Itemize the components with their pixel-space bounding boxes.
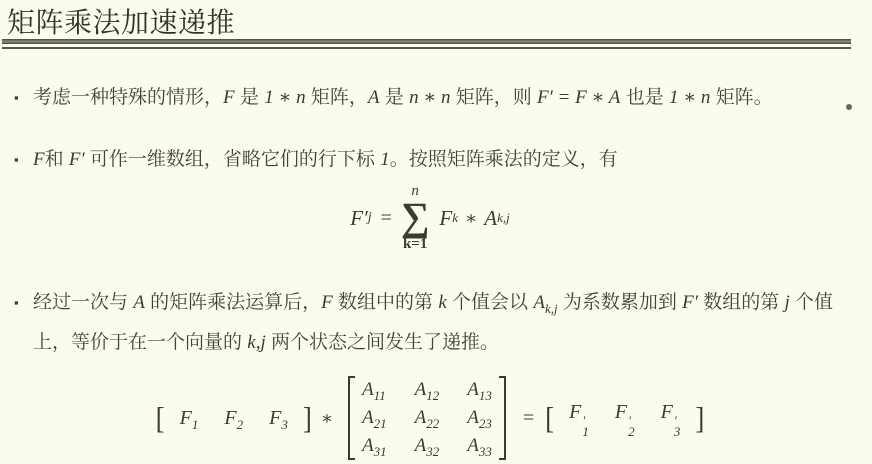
equals-sign: = [381,207,392,230]
sigma-block: n ∑ k=1 [401,184,430,252]
matrix-left-bracket [348,376,355,460]
math-run: F [223,87,235,108]
bullet-2-text: F和 F′ 可作一维数组，省略它们的行下标 1。按照矩阵乘法的定义，有 [33,149,618,170]
equals-sign: = [523,407,534,430]
matrix-cell: A31 [362,432,387,460]
multiply-operator: ∗ [465,208,477,229]
multiply-operator: ∗ [321,408,333,429]
matrix-formula: [ F1 F2 F3 ] ∗ A11 A12 A13 A21 A22 A23 A… [0,374,860,462]
math-run: 1 [380,149,390,170]
vector-cell: F2 [224,407,243,430]
text-run: 个值会以 [447,292,534,313]
matrix-right-bracket [499,376,506,460]
small-dot-artifact [846,104,852,110]
math-run: A [368,87,380,108]
matrix-cell: A12 [415,376,440,404]
vector-cell: F′3 [661,401,681,436]
math-run: 1 ∗ n [669,87,710,108]
left-bracket: [ [543,402,556,433]
bullet-1-text: 考虑一种特殊的情形，F 是 1 ∗ n 矩阵，A 是 n ∗ n 矩阵，则 F′… [33,87,773,108]
math-run: 1 ∗ n [264,87,305,108]
text-run: 数组的第 [698,292,785,313]
sigma-lower-limit: k=1 [403,237,427,252]
slide-title: 矩阵乘法加速递推 [7,1,235,41]
math-run: A [533,292,545,313]
math-run: F′ [682,292,698,313]
math-run: F′ [69,149,85,170]
text-run: 矩阵， [306,87,368,108]
sum-term2-base: A [484,206,497,231]
slide: 矩阵乘法加速递推 ▪ 考虑一种特殊的情形，F 是 1 ∗ n 矩阵，A 是 n … [0,0,872,464]
row-vector: [ F1 F2 F3 ] [154,405,314,432]
sigma-icon: ∑ [401,200,430,234]
text-run: 经过一次与 [33,292,133,313]
math-subscript: k,j [545,301,558,316]
bullet-item-2: ▪ F和 F′ 可作一维数组，省略它们的行下标 1。按照矩阵乘法的定义，有 [14,140,844,180]
math-run: F [33,149,45,170]
matrix-cell: A23 [467,404,492,432]
text-run: 。按照矩阵乘法的定义，有 [390,149,618,170]
right-bracket: ] [301,402,314,433]
text-run: 是 [235,87,265,108]
matrix-cell: A13 [467,376,492,404]
text-run: 可作一维数组，省略它们的行下标 [85,149,381,170]
vector-cell: F1 [180,407,199,430]
bullet-3-text: 经过一次与 A 的矩阵乘法运算后，F 数组中的第 k 个值会以 Ak,j 为系数… [33,292,833,353]
math-run: A [133,292,145,313]
math-run: n ∗ n [409,87,450,108]
math-run: k [438,292,446,313]
title-rule-thin [2,47,851,49]
matrix-grid: A11 A12 A13 A21 A22 A23 A31 A32 A33 [355,376,499,460]
matrix-3x3: A11 A12 A13 A21 A22 A23 A31 A32 A33 [348,376,506,460]
text-run: 矩阵，则 [450,87,537,108]
bullet-item-3: ▪ 经过一次与 A 的矩阵乘法运算后，F 数组中的第 k 个值会以 Ak,j 为… [14,283,844,363]
bullet-item-1: ▪ 考虑一种特殊的情形，F 是 1 ∗ n 矩阵，A 是 n ∗ n 矩阵，则 … [14,78,844,118]
matrix-cell: A32 [415,432,440,460]
sum-formula: F′j = n ∑ k=1 Fk ∗ Ak,j [0,180,860,256]
matrix-cell: A11 [362,376,387,404]
text-run: 考虑一种特殊的情形， [33,87,223,108]
text-run: 矩阵。 [710,87,772,108]
bullet-square-icon: ▪ [14,140,19,180]
text-run: 为系数累加到 [558,292,683,313]
matrix-cell: A22 [415,404,440,432]
text-run: 两个状态之间发生了递推。 [266,332,499,353]
math-run: F [321,292,333,313]
text-run: 数组中的第 [333,292,439,313]
bullet-square-icon: ▪ [14,78,19,118]
matrix-cell: A33 [467,432,492,460]
title-rule-thick [2,39,851,44]
sum-lhs-base: F′ [350,206,367,231]
text-run: 的矩阵乘法运算后， [145,292,321,313]
math-run: F′ = F ∗ A [537,87,620,108]
vector-cell: F′2 [615,401,635,436]
math-run: k,j [247,332,265,353]
matrix-cell: A21 [362,404,387,432]
text-run: 是 [380,87,410,108]
vector-cell: F′1 [569,401,589,436]
text-run: 和 [45,149,69,170]
sum-term1-base: F [439,206,452,231]
text-run: 也是 [620,87,669,108]
result-vector: [ F′1 F′2 F′3 ] [543,401,706,436]
bullet-square-icon: ▪ [14,283,19,323]
vector-cell: F3 [269,407,288,430]
right-bracket: ] [693,402,706,433]
left-bracket: [ [154,402,167,433]
